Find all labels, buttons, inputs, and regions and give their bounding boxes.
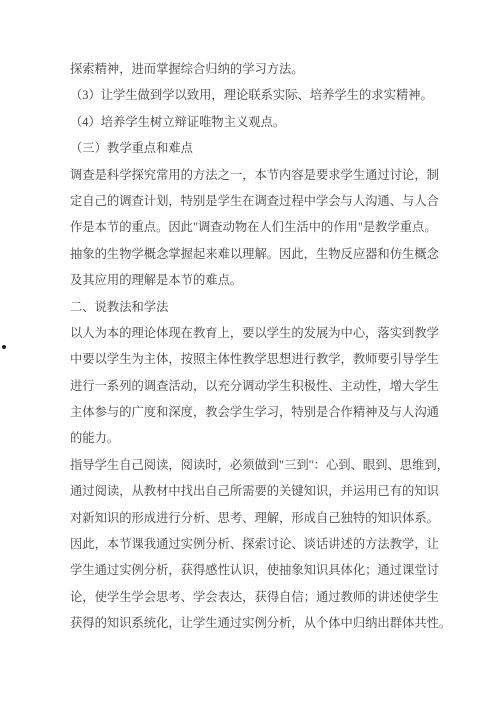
text-line: 作是本节的重点。因此"调查动物在人们生活中的作用"是教学重点。 (70, 214, 436, 240)
text-line: 指导学生自己阅读，阅读时，必须做到"三到"：心到、眼到、思维到， (70, 452, 436, 478)
text-line: 因此，本节课我通过实例分析、探索讨论、谈话讲述的方法教学，让 (70, 531, 436, 557)
text-line: 学生通过实例分析，获得感性认识，使抽象知识具体化；通过课堂讨 (70, 557, 436, 583)
text-line: （4）培养学生树立辩证唯物主义观点。 (70, 109, 436, 135)
text-line: 的能力。 (70, 425, 436, 451)
text-line: 主体参与的广度和深度，教会学生学习，特别是合作精神及与人沟通 (70, 399, 436, 425)
text-line: 进行一系列的调查活动，以充分调动学生积极性、主动性，增大学生 (70, 373, 436, 399)
text-line: 及其应用的理解是本节的难点。 (70, 267, 436, 293)
text-line: 论，使学生学会思考、学会表达，获得自信；通过教师的讲述使学生 (70, 584, 436, 610)
document-body: 探索精神，进而掌握综合归纳的学习方法。（3）让学生做到学以致用，理论联系实际、培… (70, 56, 436, 637)
text-line: 探索精神，进而掌握综合归纳的学习方法。 (70, 56, 436, 82)
text-line: （三）教学重点和难点 (70, 135, 436, 161)
text-line: 以人为本的理论体现在教育上，要以学生的发展为中心，落实到教学 (70, 320, 436, 346)
text-line: 对新知识的形成进行分析、思考、理解，形成自己独特的知识体系。 (70, 505, 436, 531)
text-line: 通过阅读，从教材中找出自己所需要的关键知识，并运用已有的知识 (70, 478, 436, 504)
text-line: 抽象的生物学概念掌握起来难以理解。因此，生物反应器和仿生概念 (70, 241, 436, 267)
document-page: 探索精神，进而掌握综合归纳的学习方法。（3）让学生做到学以致用，理论联系实际、培… (0, 0, 500, 707)
margin-dot-artifact (2, 345, 6, 349)
text-line: 调查是科学探究常用的方法之一，本节内容是要求学生通过讨论，制 (70, 162, 436, 188)
text-line: 定自己的调查计划，特别是学生在调查过程中学会与人沟通、与人合 (70, 188, 436, 214)
text-line: 获得的知识系统化，让学生通过实例分析，从个体中归纳出群体共性。 (70, 610, 436, 636)
text-line: 二、说教法和学法 (70, 294, 436, 320)
text-line: （3）让学生做到学以致用，理论联系实际、培养学生的求实精神。 (70, 82, 436, 108)
text-line: 中要以学生为主体，按照主体性教学思想进行教学，教师要引导学生 (70, 346, 436, 372)
